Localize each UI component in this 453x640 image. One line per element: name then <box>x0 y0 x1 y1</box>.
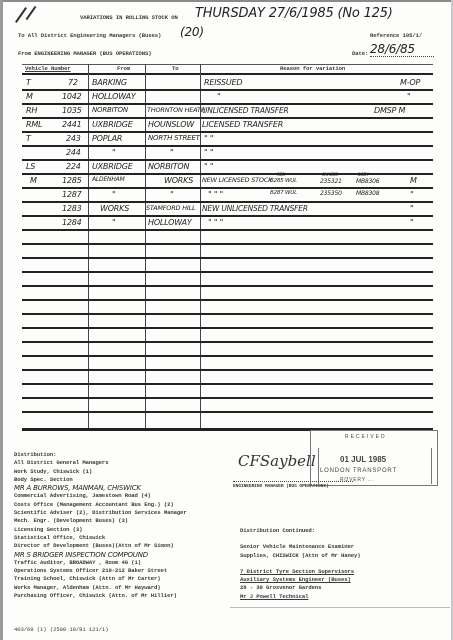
distribution-item: Auxiliary Systems Engineer (Buses) <box>240 576 361 584</box>
table-row: 244 " " " " <box>22 147 433 160</box>
vehicle-number: 1285 <box>62 176 82 185</box>
table-row: RML 2441 UXBRIDGE HOUNSLOW LICENSED TRAN… <box>22 119 433 132</box>
reason: NEW UNLICENSED TRANSFER <box>202 204 308 213</box>
fold-line <box>230 607 450 608</box>
from-garage: POPLAR <box>92 134 122 143</box>
column-header-reason: Reason for variation <box>280 65 345 72</box>
distribution-item: 28 - 30 Grosvenor Gardens <box>240 584 361 592</box>
distribution-item-handwritten: MR S BRIDGER INSPECTION COMPOUND <box>14 551 187 559</box>
body-number: MB8308 <box>356 190 379 197</box>
to-garage: " <box>170 190 173 199</box>
vehicle-class: T <box>26 78 31 87</box>
reason: " " " <box>208 218 223 227</box>
note: " <box>410 204 413 213</box>
distribution-item: Training School, Chiswick (Attn of Mr Ca… <box>14 575 187 583</box>
distribution-item: Traffic Auditor, BROADWAY , Room 4G (1) <box>14 559 187 567</box>
distribution-item: Commercial Advertising, Jamestown Road (… <box>14 492 187 500</box>
note: M-OP <box>400 78 420 87</box>
body-mini-header: BODY <box>358 172 369 177</box>
vehicle-class: M <box>26 92 33 101</box>
vehicle-class: RH <box>26 106 37 115</box>
stamp-date: 01 JUL 1985 <box>340 455 386 464</box>
column-header-vehicle-number: Vehicle Number <box>25 65 71 72</box>
distribution-continued-list: Distribution Continued: Senior Vehicle M… <box>240 527 361 601</box>
vehicle-number: 1283 <box>62 204 82 213</box>
reg-mini-header: REG <box>277 172 285 177</box>
distribution-item: Purchasing Officer, Chiswick (Attn. of M… <box>14 592 187 600</box>
from-garage: HOLLOWAY <box>92 92 136 101</box>
to-count: (20) <box>180 25 204 39</box>
table-row: 1284 " HOLLOWAY " " " " <box>22 217 433 230</box>
from-garage: WORKS <box>100 204 129 213</box>
distribution-item: Costs Office (Management Accountant Bus … <box>14 501 187 509</box>
reference-label: Reference 105/1/ <box>370 32 422 39</box>
distribution-item: Statistical Office, Chiswick <box>14 534 187 542</box>
table-row: 1283 WORKS STAMFORD HILL NEW UNLICENSED … <box>22 203 433 216</box>
to-garage: THORNTON HEATH <box>147 106 205 114</box>
table-row: T 243 POPLAR NORTH STREET " " <box>22 133 433 146</box>
to-line: To All District Engineering Managers (Bu… <box>18 32 161 39</box>
vehicle-number: 72 <box>68 78 78 87</box>
distribution-item-handwritten: MR A BURROWS, MANMAN, CHISWICK <box>14 484 187 492</box>
distribution-item: Body Spec. Section <box>14 476 187 484</box>
distribution-item: Supplies, CHISWICK (Attn of Mr Haney) <box>240 552 361 560</box>
table-row: 1287 " " " " " B287 WUL 235350 MB8308 " <box>22 189 433 202</box>
to-garage: HOLLOWAY <box>148 218 192 227</box>
distribution-continued-heading: Distribution Continued: <box>240 527 361 535</box>
to-garage: NORBITON <box>148 162 189 171</box>
to-garage: WORKS <box>164 176 193 185</box>
scan-edge-left <box>0 0 3 640</box>
vehicle-class: T <box>26 134 31 143</box>
signature-line <box>233 481 353 482</box>
vehicle-number: 1284 <box>62 218 82 227</box>
vehicle-number: 1035 <box>62 106 82 115</box>
from-garage: UXBRIDGE <box>92 120 133 129</box>
distribution-item: 7 District Tyre Section Supervisors <box>240 568 361 576</box>
table-row: T 72 BARKING REISSUED M-OP <box>22 77 433 90</box>
to-garage: NORTH STREET <box>148 134 200 142</box>
table-row: M 1285 ALDENHAM WORKS NEW LICENSED STOCK… <box>22 175 433 188</box>
distribution-item: Works Manager, Aldenham (Attn. of Mr Hay… <box>14 584 187 592</box>
from-garage: BARKING <box>92 78 127 87</box>
from-garage: " <box>112 218 115 227</box>
reason: " " " <box>208 190 223 199</box>
signature-scrawl: CFSaybell <box>238 452 316 470</box>
reason: " " <box>204 148 213 157</box>
reason: UNLICENSED TRANSFER <box>202 106 289 115</box>
from-line: From ENGINEERING MANAGER (BUS OPERATIONS… <box>18 50 152 57</box>
from-garage: NORBITON <box>92 106 128 114</box>
note: DMSP M <box>374 106 405 115</box>
signatory-title: ENGINEERING MANAGER (BUS OPERATIONS) <box>233 484 329 489</box>
column-header-to: To <box>172 65 179 72</box>
table-row: M 1042 HOLLOWAY " " <box>22 91 433 104</box>
table-row: RH 1035 NORBITON THORNTON HEATH UNLICENS… <box>22 105 433 118</box>
vehicle-number: 244 <box>66 148 81 157</box>
corner-slash-mark <box>15 7 27 23</box>
note: " <box>410 190 413 199</box>
table-row: LS 224 UXBRIDGE NORBITON " " <box>22 161 433 174</box>
date-value: 28/6/85 <box>370 42 434 57</box>
received-stamp-inner <box>318 448 432 484</box>
to-garage: HOUNSLOW <box>148 120 194 129</box>
reason: " " <box>204 134 213 143</box>
stamp-received-label: RECEIVED <box>345 434 387 440</box>
from-garage: ALDENHAM <box>92 176 125 183</box>
title-handwritten-date: THURSDAY 27/6/1985 (No 125) <box>195 6 393 21</box>
distribution-item: Senior Vehicle Maintenance Examiner <box>240 543 361 551</box>
vehicle-number: 1287 <box>62 190 82 199</box>
note: M <box>410 176 417 185</box>
to-garage: STAMFORD HILL <box>146 204 195 212</box>
title-prefix: VARIATIONS IN ROLLING STOCK ON <box>80 14 178 21</box>
reason: LICENSED TRANSFER <box>202 120 283 129</box>
body-number: MB8306 <box>356 178 379 185</box>
from-garage: " <box>112 148 115 157</box>
reason: NEW LICENSED STOCK <box>202 176 272 184</box>
vehicle-class: M <box>30 176 37 185</box>
from-garage: UXBRIDGE <box>92 162 133 171</box>
vehicle-class: LS <box>26 162 35 171</box>
form-code: 403/69 (1) (2500 10/81 121/1) <box>14 626 108 633</box>
reason: " " <box>204 162 213 171</box>
chassis-number: 235321 <box>320 178 342 185</box>
reason: REISSUED <box>204 78 242 87</box>
from-garage: " <box>112 190 115 199</box>
chassis-mini-header: CHASSIS <box>322 172 338 177</box>
vehicle-number: 224 <box>66 162 81 171</box>
distribution-item: Mr J Powell Technical <box>240 593 361 601</box>
distribution-item: Director of Development (Buses)(Attn of … <box>14 542 187 550</box>
distribution-item: Licensing Section (3) <box>14 526 187 534</box>
distribution-item: Mech. Engr. (Development Buses) (3) <box>14 517 187 525</box>
stamp-department: ROVERY ... <box>340 477 375 483</box>
vehicle-number: 2441 <box>62 120 82 129</box>
note: " <box>410 218 413 227</box>
reason: " <box>217 92 220 101</box>
distribution-item: Scientific Adviser (2), Distribution Ser… <box>14 509 187 517</box>
variations-table: Vehicle Number From To Reason for variat… <box>22 64 433 430</box>
vehicle-number: 243 <box>66 134 81 143</box>
distribution-item: Operations Systems Officer 210-212 Baker… <box>14 567 187 575</box>
registration: B287 WUL <box>270 190 297 196</box>
date-label: Date: <box>352 50 368 57</box>
distribution-list: Distribution: All District General Manag… <box>14 451 187 600</box>
column-header-from: From <box>117 65 130 72</box>
distribution-item: All District General Managers <box>14 459 187 467</box>
corner-slash-mark <box>26 6 37 20</box>
note: " <box>407 92 410 101</box>
stamp-organisation: LONDON TRANSPORT <box>320 468 397 474</box>
registration: B285 WUL <box>270 178 297 184</box>
chassis-number: 235350 <box>320 190 342 197</box>
vehicle-number: 1042 <box>62 92 82 101</box>
distribution-heading: Distribution: <box>14 451 187 459</box>
to-garage: " <box>170 148 173 157</box>
scan-edge-top <box>0 0 453 2</box>
vehicle-class: RML <box>26 120 42 129</box>
distribution-item: Work Study, Chiswick (1) <box>14 468 187 476</box>
